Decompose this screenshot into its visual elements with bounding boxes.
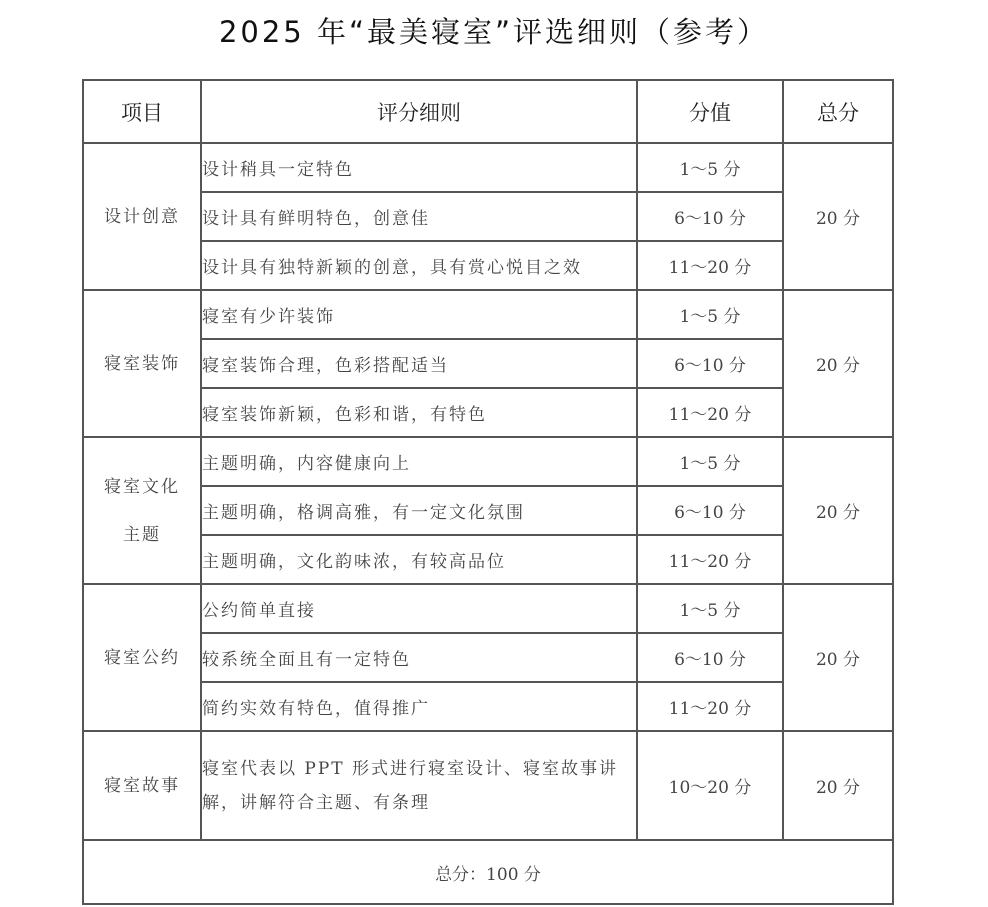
table-row: 设计创意 设计稍具一定特色 1～5 分 20 分 <box>83 143 893 192</box>
table-row: 寝室故事 寝室代表以 PPT 形式进行寝室设计、寝室故事讲解，讲解符合主题、有条… <box>83 731 893 840</box>
criteria-desc: 寝室装饰新颖，色彩和谐，有特色 <box>201 388 637 437</box>
category-total: 20 分 <box>783 290 893 437</box>
score-range: 6～10 分 <box>637 192 783 241</box>
criteria-desc: 寝室装饰合理，色彩搭配适当 <box>201 339 637 388</box>
category-name: 寝室公约 <box>83 584 201 731</box>
category-total: 20 分 <box>783 731 893 840</box>
criteria-desc: 设计具有独特新颖的创意，具有赏心悦目之效 <box>201 241 637 290</box>
table-row: 主题明确，文化韵味浓，有较高品位 11～20 分 <box>83 535 893 584</box>
category-name: 寝室装饰 <box>83 290 201 437</box>
score-range: 1～5 分 <box>637 290 783 339</box>
score-range: 6～10 分 <box>637 633 783 682</box>
criteria-desc: 主题明确，文化韵味浓，有较高品位 <box>201 535 637 584</box>
category-total: 20 分 <box>783 143 893 290</box>
header-criteria: 评分细则 <box>201 80 637 143</box>
score-range: 11～20 分 <box>637 535 783 584</box>
score-range: 6～10 分 <box>637 486 783 535</box>
score-range: 1～5 分 <box>637 143 783 192</box>
score-range: 1～5 分 <box>637 437 783 486</box>
table-row: 设计具有独特新颖的创意，具有赏心悦目之效 11～20 分 <box>83 241 893 290</box>
score-range: 10～20 分 <box>637 731 783 840</box>
table-row: 寝室公约 公约简单直接 1～5 分 20 分 <box>83 584 893 633</box>
score-range: 11～20 分 <box>637 388 783 437</box>
score-range: 11～20 分 <box>637 241 783 290</box>
scoring-table: 项目 评分细则 分值 总分 设计创意 设计稍具一定特色 1～5 分 20 分 设… <box>82 79 894 905</box>
table-row: 简约实效有特色，值得推广 11～20 分 <box>83 682 893 731</box>
header-score: 分值 <box>637 80 783 143</box>
grand-total: 总分：100 分 <box>83 840 893 904</box>
criteria-desc: 公约简单直接 <box>201 584 637 633</box>
table-row: 寝室文化主题 主题明确，内容健康向上 1～5 分 20 分 <box>83 437 893 486</box>
criteria-desc: 设计稍具一定特色 <box>201 143 637 192</box>
table-row: 设计具有鲜明特色，创意佳 6～10 分 <box>83 192 893 241</box>
criteria-desc: 主题明确，格调高雅，有一定文化氛围 <box>201 486 637 535</box>
header-total: 总分 <box>783 80 893 143</box>
table-row: 寝室装饰 寝室有少许装饰 1～5 分 20 分 <box>83 290 893 339</box>
criteria-desc: 主题明确，内容健康向上 <box>201 437 637 486</box>
score-range: 6～10 分 <box>637 339 783 388</box>
header-row: 项目 评分细则 分值 总分 <box>83 80 893 143</box>
criteria-desc: 简约实效有特色，值得推广 <box>201 682 637 731</box>
criteria-desc: 寝室有少许装饰 <box>201 290 637 339</box>
header-item: 项目 <box>83 80 201 143</box>
score-range: 1～5 分 <box>637 584 783 633</box>
table-row: 寝室装饰新颖，色彩和谐，有特色 11～20 分 <box>83 388 893 437</box>
category-name: 寝室故事 <box>83 731 201 840</box>
table-row: 主题明确，格调高雅，有一定文化氛围 6～10 分 <box>83 486 893 535</box>
category-total: 20 分 <box>783 437 893 584</box>
document-title: 2025 年“最美寝室”评选细则（参考） <box>0 10 988 51</box>
criteria-desc: 设计具有鲜明特色，创意佳 <box>201 192 637 241</box>
score-range: 11～20 分 <box>637 682 783 731</box>
category-total: 20 分 <box>783 584 893 731</box>
footer-row: 总分：100 分 <box>83 840 893 904</box>
criteria-desc: 较系统全面且有一定特色 <box>201 633 637 682</box>
table-row: 寝室装饰合理，色彩搭配适当 6～10 分 <box>83 339 893 388</box>
table-row: 较系统全面且有一定特色 6～10 分 <box>83 633 893 682</box>
category-name: 寝室文化主题 <box>83 437 201 584</box>
category-name: 设计创意 <box>83 143 201 290</box>
criteria-desc: 寝室代表以 PPT 形式进行寝室设计、寝室故事讲解，讲解符合主题、有条理 <box>201 731 637 840</box>
